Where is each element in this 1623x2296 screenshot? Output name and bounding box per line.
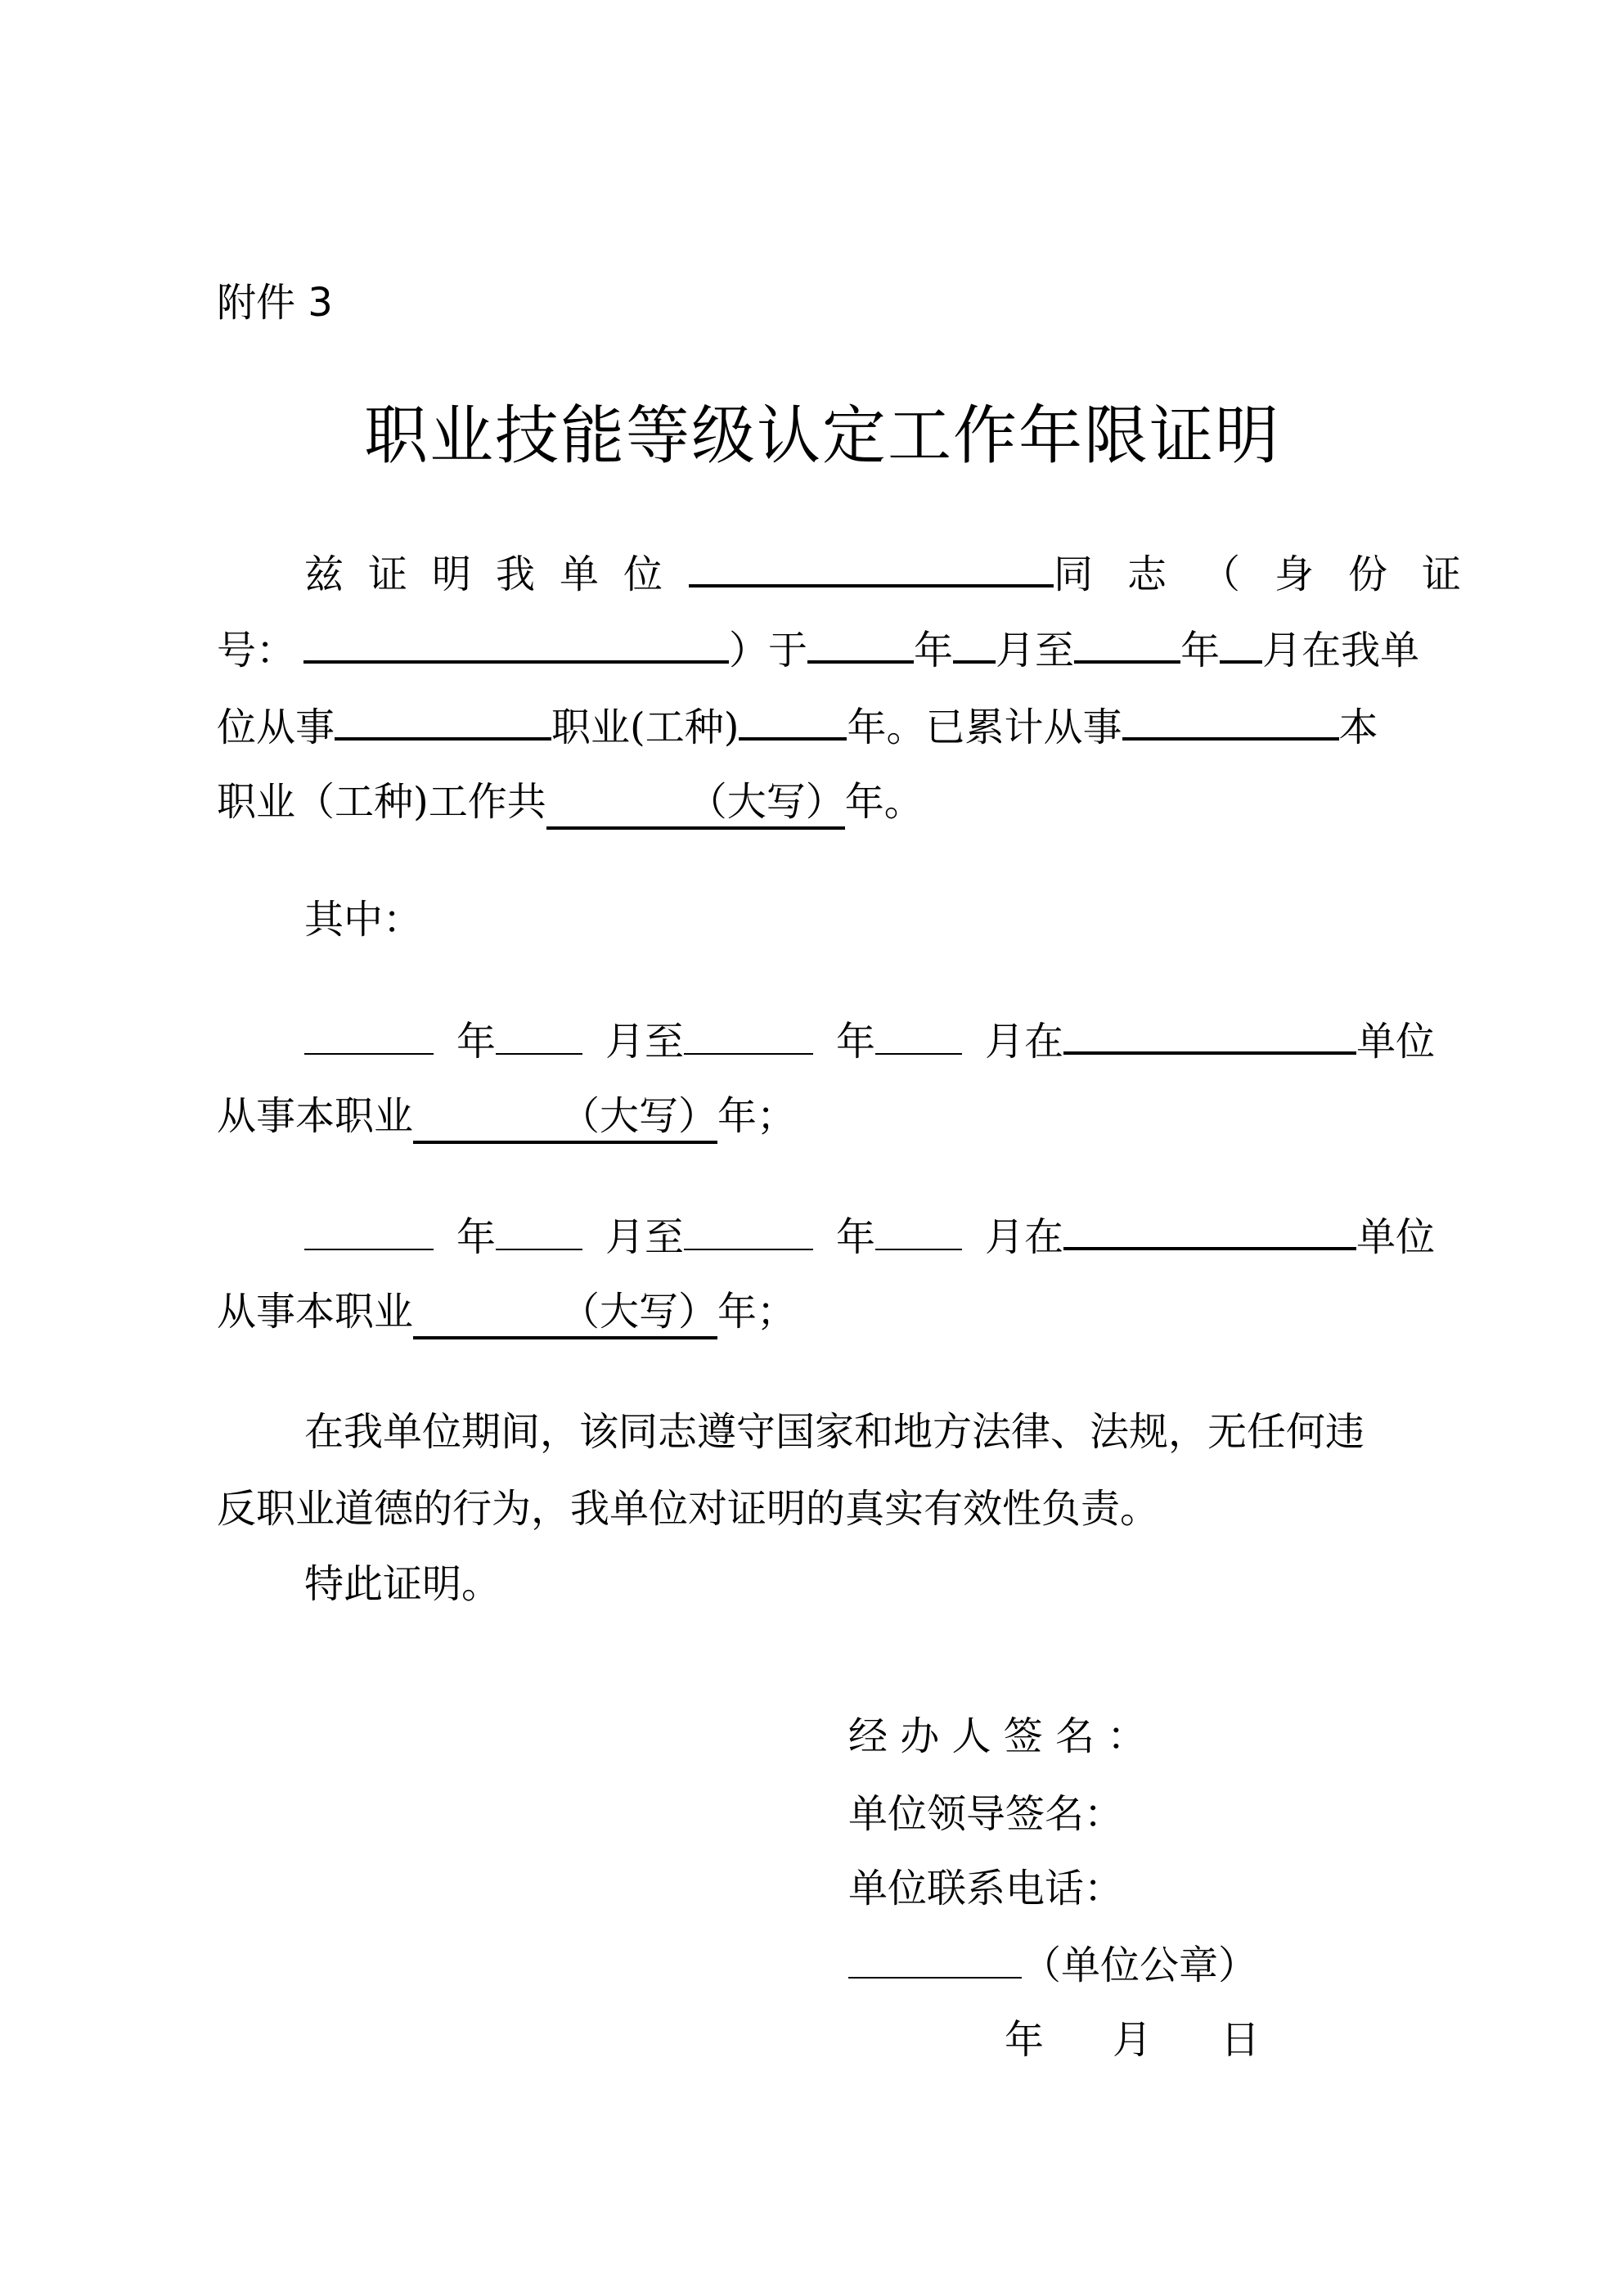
entry-2-end-month-blank[interactable] <box>875 1213 962 1250</box>
attachment-label: 附件 3 <box>217 278 333 327</box>
entry-2-unit-blank[interactable] <box>1063 1211 1356 1250</box>
entry-text: 月至 <box>605 1214 684 1260</box>
date-line: 年月日 <box>1005 2015 1260 2064</box>
comrade-name-blank[interactable] <box>689 548 1054 588</box>
start-month-blank[interactable] <box>953 624 996 664</box>
entry-text: 从事本职业 <box>217 1289 413 1335</box>
leader-signature-label: 单位领导签名： <box>848 1790 1123 1839</box>
date-day-label: 日 <box>1221 2017 1260 2063</box>
page-title: 职业技能等级认定工作年限证明 <box>364 399 1280 473</box>
years-blank[interactable] <box>739 701 847 741</box>
intro-line-2: 号：）于年月至年月在我单 <box>217 624 1419 673</box>
entry-text: 年 <box>836 1214 875 1260</box>
breakdown-entry-2-line-1: 年月至年月在单位 <box>304 1211 1435 1260</box>
entry-text: 年 <box>836 1019 875 1065</box>
intro-line-4: 职业（工种)工作共（大写）年。 <box>217 777 924 826</box>
intro-text: 同志（身份证 <box>1054 551 1495 597</box>
entry-text: 年； <box>717 1093 796 1139</box>
unit-phone-label: 单位联系电话： <box>848 1864 1123 1913</box>
entry-2-end-year-blank[interactable] <box>684 1213 813 1250</box>
intro-text: 职业（工种)工作共 <box>217 779 546 825</box>
entry-text: 月在 <box>985 1019 1063 1065</box>
entry-text: 单位 <box>1356 1214 1435 1260</box>
entry-text: 单位 <box>1356 1019 1435 1065</box>
start-year-blank[interactable] <box>807 624 914 664</box>
entry-text: 年 <box>456 1214 496 1260</box>
entry-2-years-uppercase-blank[interactable]: （大写） <box>413 1287 717 1339</box>
intro-text: 职业(工种) <box>551 705 739 750</box>
intro-text: 年。 <box>845 779 924 825</box>
breakdown-heading: 其中： <box>304 895 422 944</box>
end-year-blank[interactable] <box>1074 624 1180 664</box>
entry-text: 从事本职业 <box>217 1093 413 1139</box>
breakdown-entry-2-line-2: 从事本职业（大写）年； <box>217 1287 796 1336</box>
entry-1-unit-blank[interactable] <box>1063 1015 1356 1055</box>
entry-text: 月至 <box>605 1019 684 1065</box>
intro-text: ）于 <box>729 628 807 673</box>
declaration-line-1: 在我单位期间，该同志遵守国家和地方法律、法规，无任何违 <box>304 1407 1364 1456</box>
intro-text: 年。已累计从事 <box>847 705 1122 750</box>
uppercase-hint: （大写） <box>560 1289 717 1335</box>
unit-seal-line: （单位公章） <box>848 1941 1257 1990</box>
breakdown-entry-1-line-2: 从事本职业（大写）年； <box>217 1092 796 1141</box>
entry-1-end-month-blank[interactable] <box>875 1017 962 1055</box>
seal-label: （单位公章） <box>1022 1943 1257 1988</box>
end-month-blank[interactable] <box>1220 624 1262 664</box>
intro-line-1: 兹证明我单位同志（身份证 <box>304 548 1495 597</box>
uppercase-hint: （大写） <box>560 1093 717 1139</box>
declaration-line-2: 反职业道德的行为，我单位对证明的真实有效性负责。 <box>217 1484 1159 1533</box>
entry-1-years-uppercase-blank[interactable]: （大写） <box>413 1092 717 1144</box>
intro-line-3: 位从事职业(工种)年。已累计从事本 <box>217 701 1378 750</box>
cumulative-occupation-blank[interactable] <box>1122 701 1339 741</box>
entry-1-end-year-blank[interactable] <box>684 1017 813 1055</box>
entry-text: 年 <box>456 1019 496 1065</box>
intro-text: 年 <box>914 628 953 673</box>
intro-text: 月在我单 <box>1262 628 1419 673</box>
entry-1-start-month-blank[interactable] <box>496 1017 582 1055</box>
id-number-blank[interactable] <box>303 624 729 664</box>
closing-statement: 特此证明。 <box>304 1560 501 1609</box>
total-years-uppercase-blank[interactable]: （大写） <box>546 777 845 830</box>
intro-text: 兹证明我单位 <box>304 551 687 597</box>
intro-text: 本 <box>1339 705 1378 750</box>
entry-2-start-month-blank[interactable] <box>496 1213 582 1250</box>
entry-1-start-year-blank[interactable] <box>304 1017 434 1055</box>
breakdown-entry-1-line-1: 年月至年月在单位 <box>304 1015 1435 1065</box>
occupation-blank[interactable] <box>335 701 551 741</box>
entry-text: 月在 <box>985 1214 1063 1260</box>
uppercase-hint: （大写） <box>688 779 845 825</box>
date-year-label: 年 <box>1005 2017 1044 2063</box>
intro-text: 年 <box>1180 628 1220 673</box>
entry-2-start-year-blank[interactable] <box>304 1213 434 1250</box>
date-month-label: 月 <box>1113 2017 1152 2063</box>
intro-text: 月至 <box>996 628 1074 673</box>
seal-blank[interactable] <box>848 1941 1022 1979</box>
intro-text: 位从事 <box>217 705 335 750</box>
intro-text: 号： <box>217 628 295 673</box>
entry-text: 年； <box>717 1289 796 1335</box>
handler-signature-label: 经 办 人 签 名 ： <box>848 1712 1146 1761</box>
